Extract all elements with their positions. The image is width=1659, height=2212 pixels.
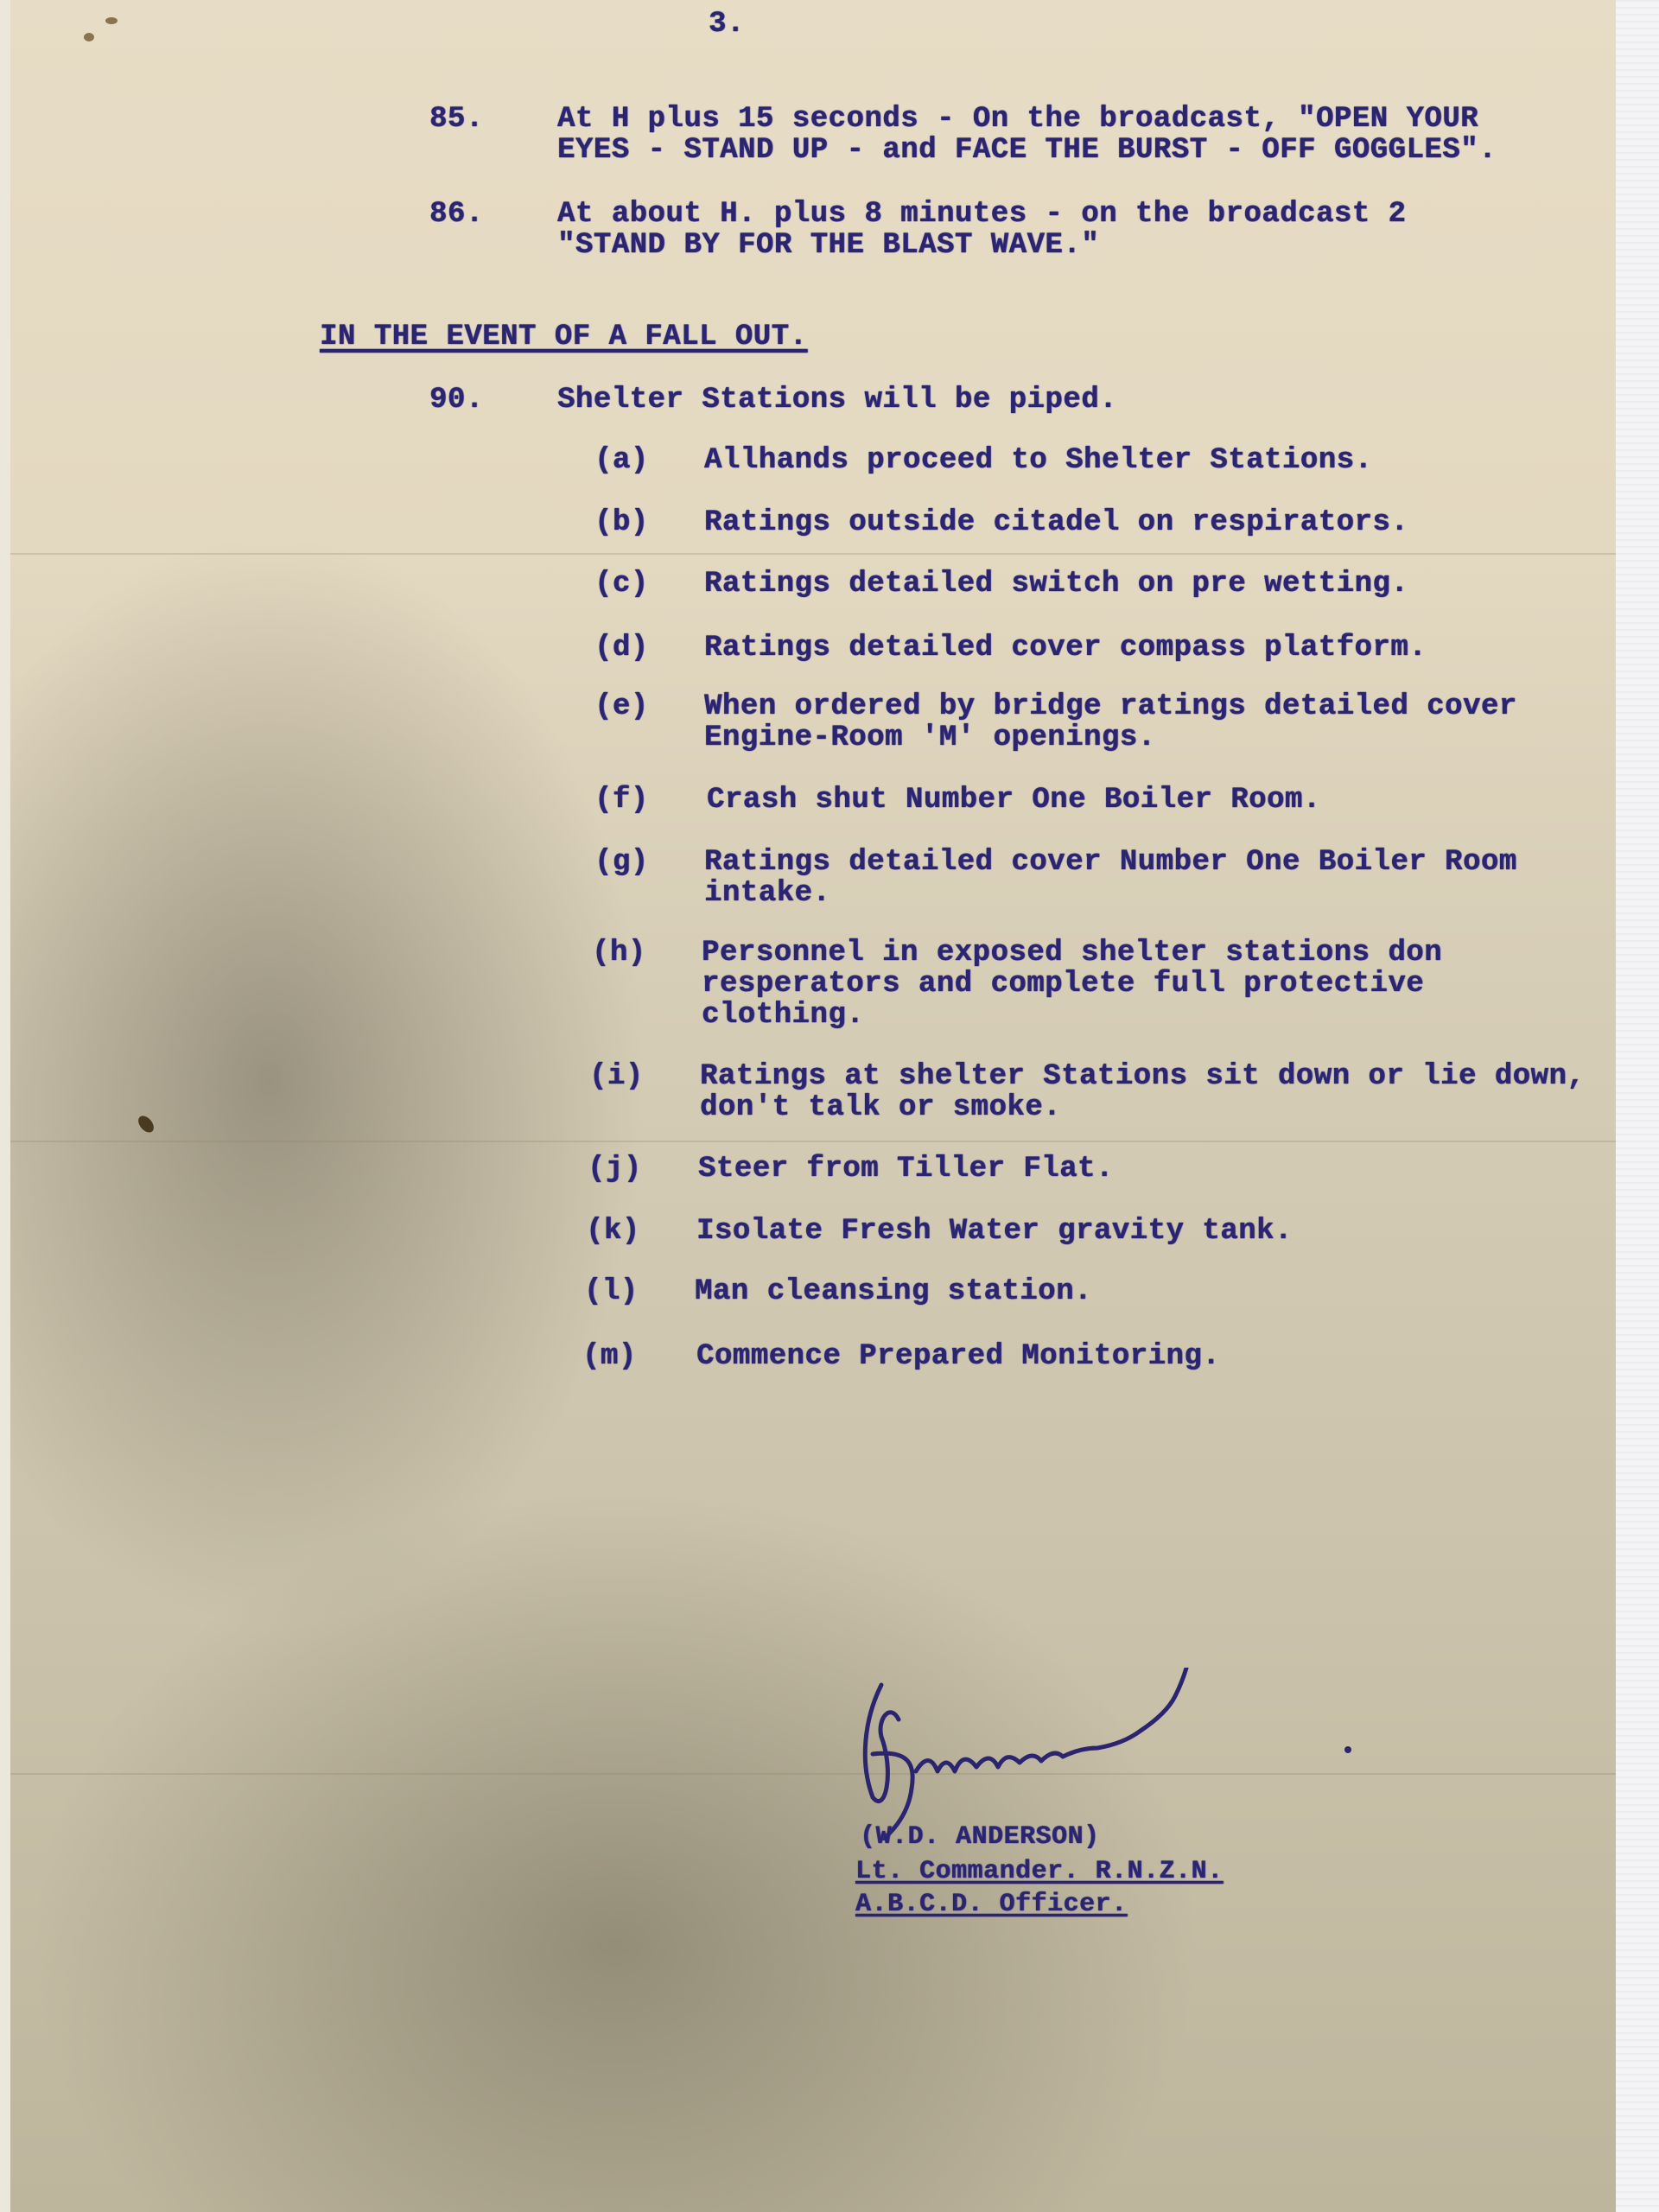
item-text-line: Allhands proceed to Shelter Stations. (704, 445, 1372, 476)
item-text-line: don't talk or smoke. (700, 1092, 1061, 1123)
paragraph-number: 90. (429, 385, 484, 416)
item-text-line: Commence Prepared Monitoring. (696, 1341, 1220, 1372)
item-text-line: Isolate Fresh Water gravity tank. (696, 1216, 1293, 1247)
item-label: (b) (594, 507, 649, 538)
item-label: (e) (594, 691, 649, 722)
item-label: (l) (584, 1276, 639, 1307)
item-text-line: Engine-Room 'M' openings. (704, 722, 1156, 753)
item-text-line: Crash shut Number One Boiler Room. (707, 785, 1321, 816)
right-edge-background (1616, 0, 1659, 2212)
item-label: (m) (582, 1341, 637, 1372)
item-label: (f) (594, 785, 649, 816)
stain (136, 1113, 157, 1135)
item-text-line: intake. (704, 878, 830, 909)
signatory-rank: Lt. Commander. R.N.Z.N. (855, 1858, 1224, 1885)
item-text-line: When ordered by bridge ratings detailed … (704, 691, 1517, 722)
item-label: (a) (594, 445, 649, 476)
item-label: (i) (589, 1061, 644, 1092)
section-heading: IN THE EVENT OF A FALL OUT. (320, 321, 807, 353)
item-label: (d) (594, 632, 649, 664)
stain (84, 33, 94, 41)
fold-line (10, 1773, 1616, 1775)
item-label: (c) (594, 569, 649, 600)
fold-line (10, 1141, 1616, 1142)
page-number: 3. (709, 9, 745, 40)
item-label: (g) (594, 847, 649, 878)
paragraph-number: 85. (429, 104, 484, 135)
paragraph-text-line: "STAND BY FOR THE BLAST WAVE." (557, 230, 1099, 261)
item-label: (j) (588, 1154, 642, 1185)
item-text-line: clothing. (702, 1000, 864, 1031)
fold-line (10, 553, 1616, 555)
paragraph-number: 86. (429, 199, 484, 230)
paragraph-text-line: Shelter Stations will be piped. (557, 385, 1117, 416)
stain (105, 17, 118, 24)
item-text-line: Man cleansing station. (695, 1276, 1092, 1307)
item-label: (h) (592, 938, 646, 969)
paragraph-text-line: At about H. plus 8 minutes - on the broa… (557, 199, 1406, 230)
signatory-name: (W.D. ANDERSON) (860, 1823, 1100, 1851)
paragraph-text-line: At H plus 15 seconds - On the broadcast,… (557, 104, 1478, 135)
signatory-role: A.B.C.D. Officer. (855, 1891, 1128, 1918)
item-text-line: Ratings at shelter Stations sit down or … (700, 1061, 1585, 1092)
item-text-line: Ratings detailed cover compass platform. (704, 632, 1427, 664)
item-text-line: Ratings detailed switch on pre wetting. (704, 569, 1408, 600)
paragraph-text-line: EYES - STAND UP - and FACE THE BURST - O… (557, 135, 1497, 166)
item-text-line: Ratings outside citadel on respirators. (704, 507, 1408, 538)
left-edge-background (0, 0, 10, 2212)
item-label: (k) (586, 1216, 640, 1247)
item-text-line: Personnel in exposed shelter stations do… (702, 938, 1442, 969)
item-text-line: Ratings detailed cover Number One Boiler… (704, 847, 1517, 878)
item-text-line: Steer from Tiller Flat. (698, 1154, 1114, 1185)
handwritten-signature (855, 1668, 1374, 1840)
item-text-line: resperators and complete full protective (702, 969, 1424, 1000)
